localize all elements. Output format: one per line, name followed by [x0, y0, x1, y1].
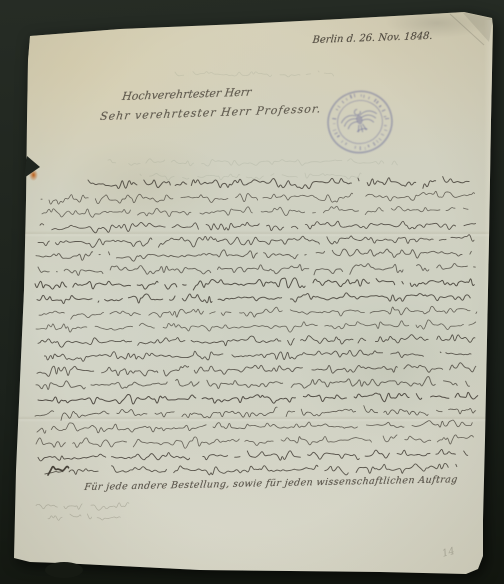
bottom-edge-notch — [45, 562, 83, 578]
handwriting-layer — [0, 0, 504, 584]
handwriting-body — [35, 177, 478, 475]
edge-tear — [24, 156, 40, 178]
pencil-notes — [36, 503, 129, 521]
library-stamp — [321, 84, 399, 159]
letter-photograph: Berlin d. 26. Nov. 1848. Hochverehrteste… — [0, 0, 504, 584]
corner-fold — [462, 12, 493, 42]
bleed-through-writing — [108, 71, 398, 180]
